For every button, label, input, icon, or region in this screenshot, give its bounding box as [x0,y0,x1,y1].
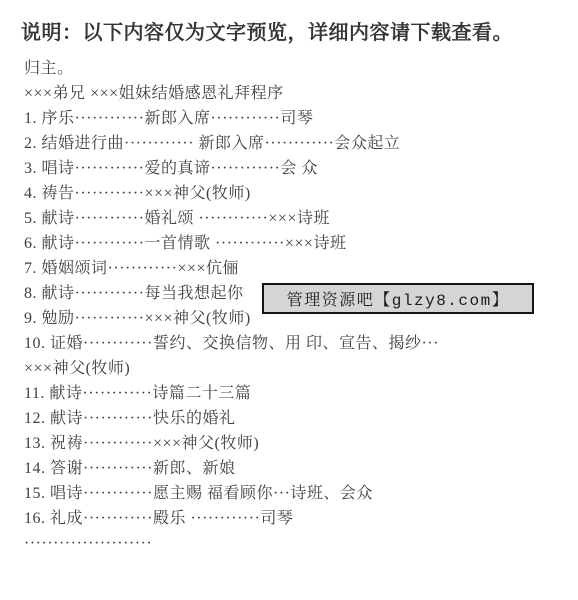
program-item-13: 13. 祝祷············×××神父(牧师) [24,431,564,456]
program-item-16: 16. 礼成············殿乐 ············司琴 [24,506,564,531]
program-item-15: 15. 唱诗············愿主赐 福看顾你···诗班、会众 [24,481,564,506]
program-item-12: 12. 献诗············快乐的婚礼 [24,406,564,431]
program-item-4: 4. 祷告············×××神父(牧师) [24,181,564,206]
program-item-5: 5. 献诗············婚礼颂 ············×××诗班 [24,206,564,231]
document-line: 归主。 [24,56,564,81]
preview-notice: 说明：以下内容仅为文字预览，详细内容请下载查看。 [21,16,513,45]
program-item-7: 7. 婚姻颂词············×××伉俪 [24,256,564,281]
program-item-2: 2. 结婚进行曲············ 新郎入席············会众起… [24,131,564,156]
watermark-text: 管理资源吧【glzy8.com】 [287,287,509,310]
program-item-10-continued: ×××神父(牧师) [24,356,564,381]
trailing-dots-line: ······················ [24,531,564,556]
document-title-line: ×××弟兄 ×××姐妹结婚感恩礼拜程序 [24,81,564,106]
document-preview-page: 说明：以下内容仅为文字预览，详细内容请下载查看。 归主。 ×××弟兄 ×××姐妹… [0,0,578,600]
program-item-11: 11. 献诗············诗篇二十三篇 [24,381,564,406]
watermark-badge: 管理资源吧【glzy8.com】 [262,283,534,314]
program-item-1: 1. 序乐············新郎入席············司琴 [24,106,564,131]
program-item-6: 6. 献诗············一首情歌 ············×××诗班 [24,231,564,256]
program-item-3: 3. 唱诗············爱的真谛············会 众 [24,156,564,181]
program-item-10: 10. 证婚············誓约、交换信物、用 印、宣告、揭纱··· [24,331,564,356]
program-item-14: 14. 答谢············新郎、新娘 [24,456,564,481]
